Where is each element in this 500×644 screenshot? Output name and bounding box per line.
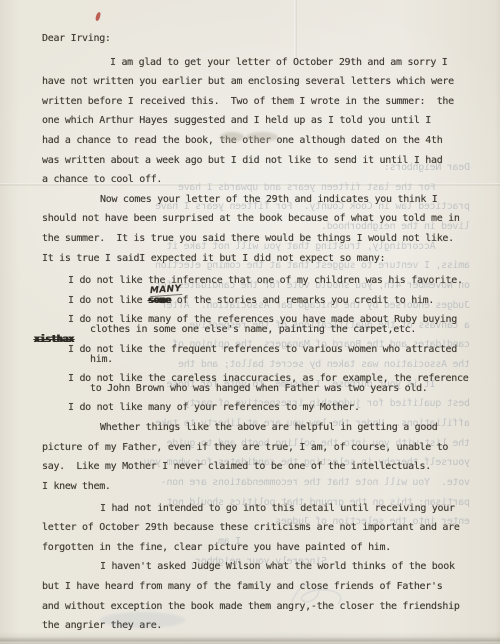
text-line: I am glad to get your letter of October … [42,53,472,73]
text-line: the angrier they are. [42,616,472,636]
text-segment: I do not like [68,295,148,306]
text-line: Whether things like the above are helpfu… [42,418,472,438]
complaint-item: I do not like the inference that one of … [68,276,472,286]
text-line: to John Brown who was hanged when Father… [68,384,472,394]
text-line: was written about a week ago but I did n… [42,151,472,171]
text-line: and without exception the book made them… [42,597,472,617]
text-line: forgotten in the fine, clear picture you… [42,538,472,558]
text-line: I do not like the inference that one of … [68,276,472,286]
text-line: I haven't asked Judge Wilson what the wo… [42,557,472,577]
correction-group: someMANY [148,296,171,306]
paragraph-now-comes: Now comes your letter of the 29th and in… [42,190,472,268]
text-line: picture of my Father, even if they are t… [42,438,472,458]
paragraph-whether-things: Whether things like the above are helpfu… [42,418,472,496]
complaint-item: I do not like someMANY of the stories an… [68,296,472,306]
text-line: Now comes your letter of the 29th and in… [42,190,472,210]
text-line: should not have been surprised at the bo… [42,209,472,229]
text-line: I do not like someMANY of the stories an… [68,296,472,306]
handwritten-insertion: MANY [150,285,182,297]
complaint-item: I do not like the careless inaccuracies,… [68,374,472,394]
text-line: I do not like many of your references to… [68,403,472,413]
complaint-item: I do not like many of your references to… [68,403,472,413]
text-line: I do not like the frequent references to… [68,345,472,355]
text-line: I knew them. [42,477,472,497]
paragraph-had-not-intended: I had not intended to go into this detai… [42,499,472,558]
salutation: Dear Irving: [42,29,472,49]
text-line: the summer. It is true you said there wo… [42,229,472,249]
complaint-item: I do not like the frequent references to… [68,345,472,365]
text-line: clothes in some one else's name, paintin… [68,325,472,335]
text-line: a chance to cool off. [42,170,472,190]
text-line: written before I received this. Two of t… [42,92,472,112]
text-line: but I have heard from many of the family… [42,577,472,597]
text-line: It is true I saidI expected it but I did… [42,249,472,269]
complaint-item: I do not like many of the references you… [68,315,472,335]
letter-page: Dear Neighbors: For the last fifteen yea… [0,0,500,644]
text-line: have not written you earlier but am encl… [42,72,472,92]
paragraph-opening: I am glad to get your letter of October … [42,53,472,190]
text-segment: of the stories and remarks you credit to… [171,295,434,306]
text-line: had a chance to read the book, the other… [42,131,472,151]
text-line: I had not intended to go into this detai… [42,499,472,519]
text-line: say. Like my Mother I never claimed to b… [42,457,472,477]
text-line: letter of October 29th because these cri… [42,518,472,538]
text-line: one which Arthur Hayes suggested and I h… [42,111,472,131]
complaints-list: I do not like the inference that one of … [68,276,472,413]
paragraph-judge-wilson: I haven't asked Judge Wilson what the wo… [42,557,472,635]
letter-content: Dear Irving: I am glad to get your lette… [0,0,500,644]
text-line: him. [68,355,472,365]
